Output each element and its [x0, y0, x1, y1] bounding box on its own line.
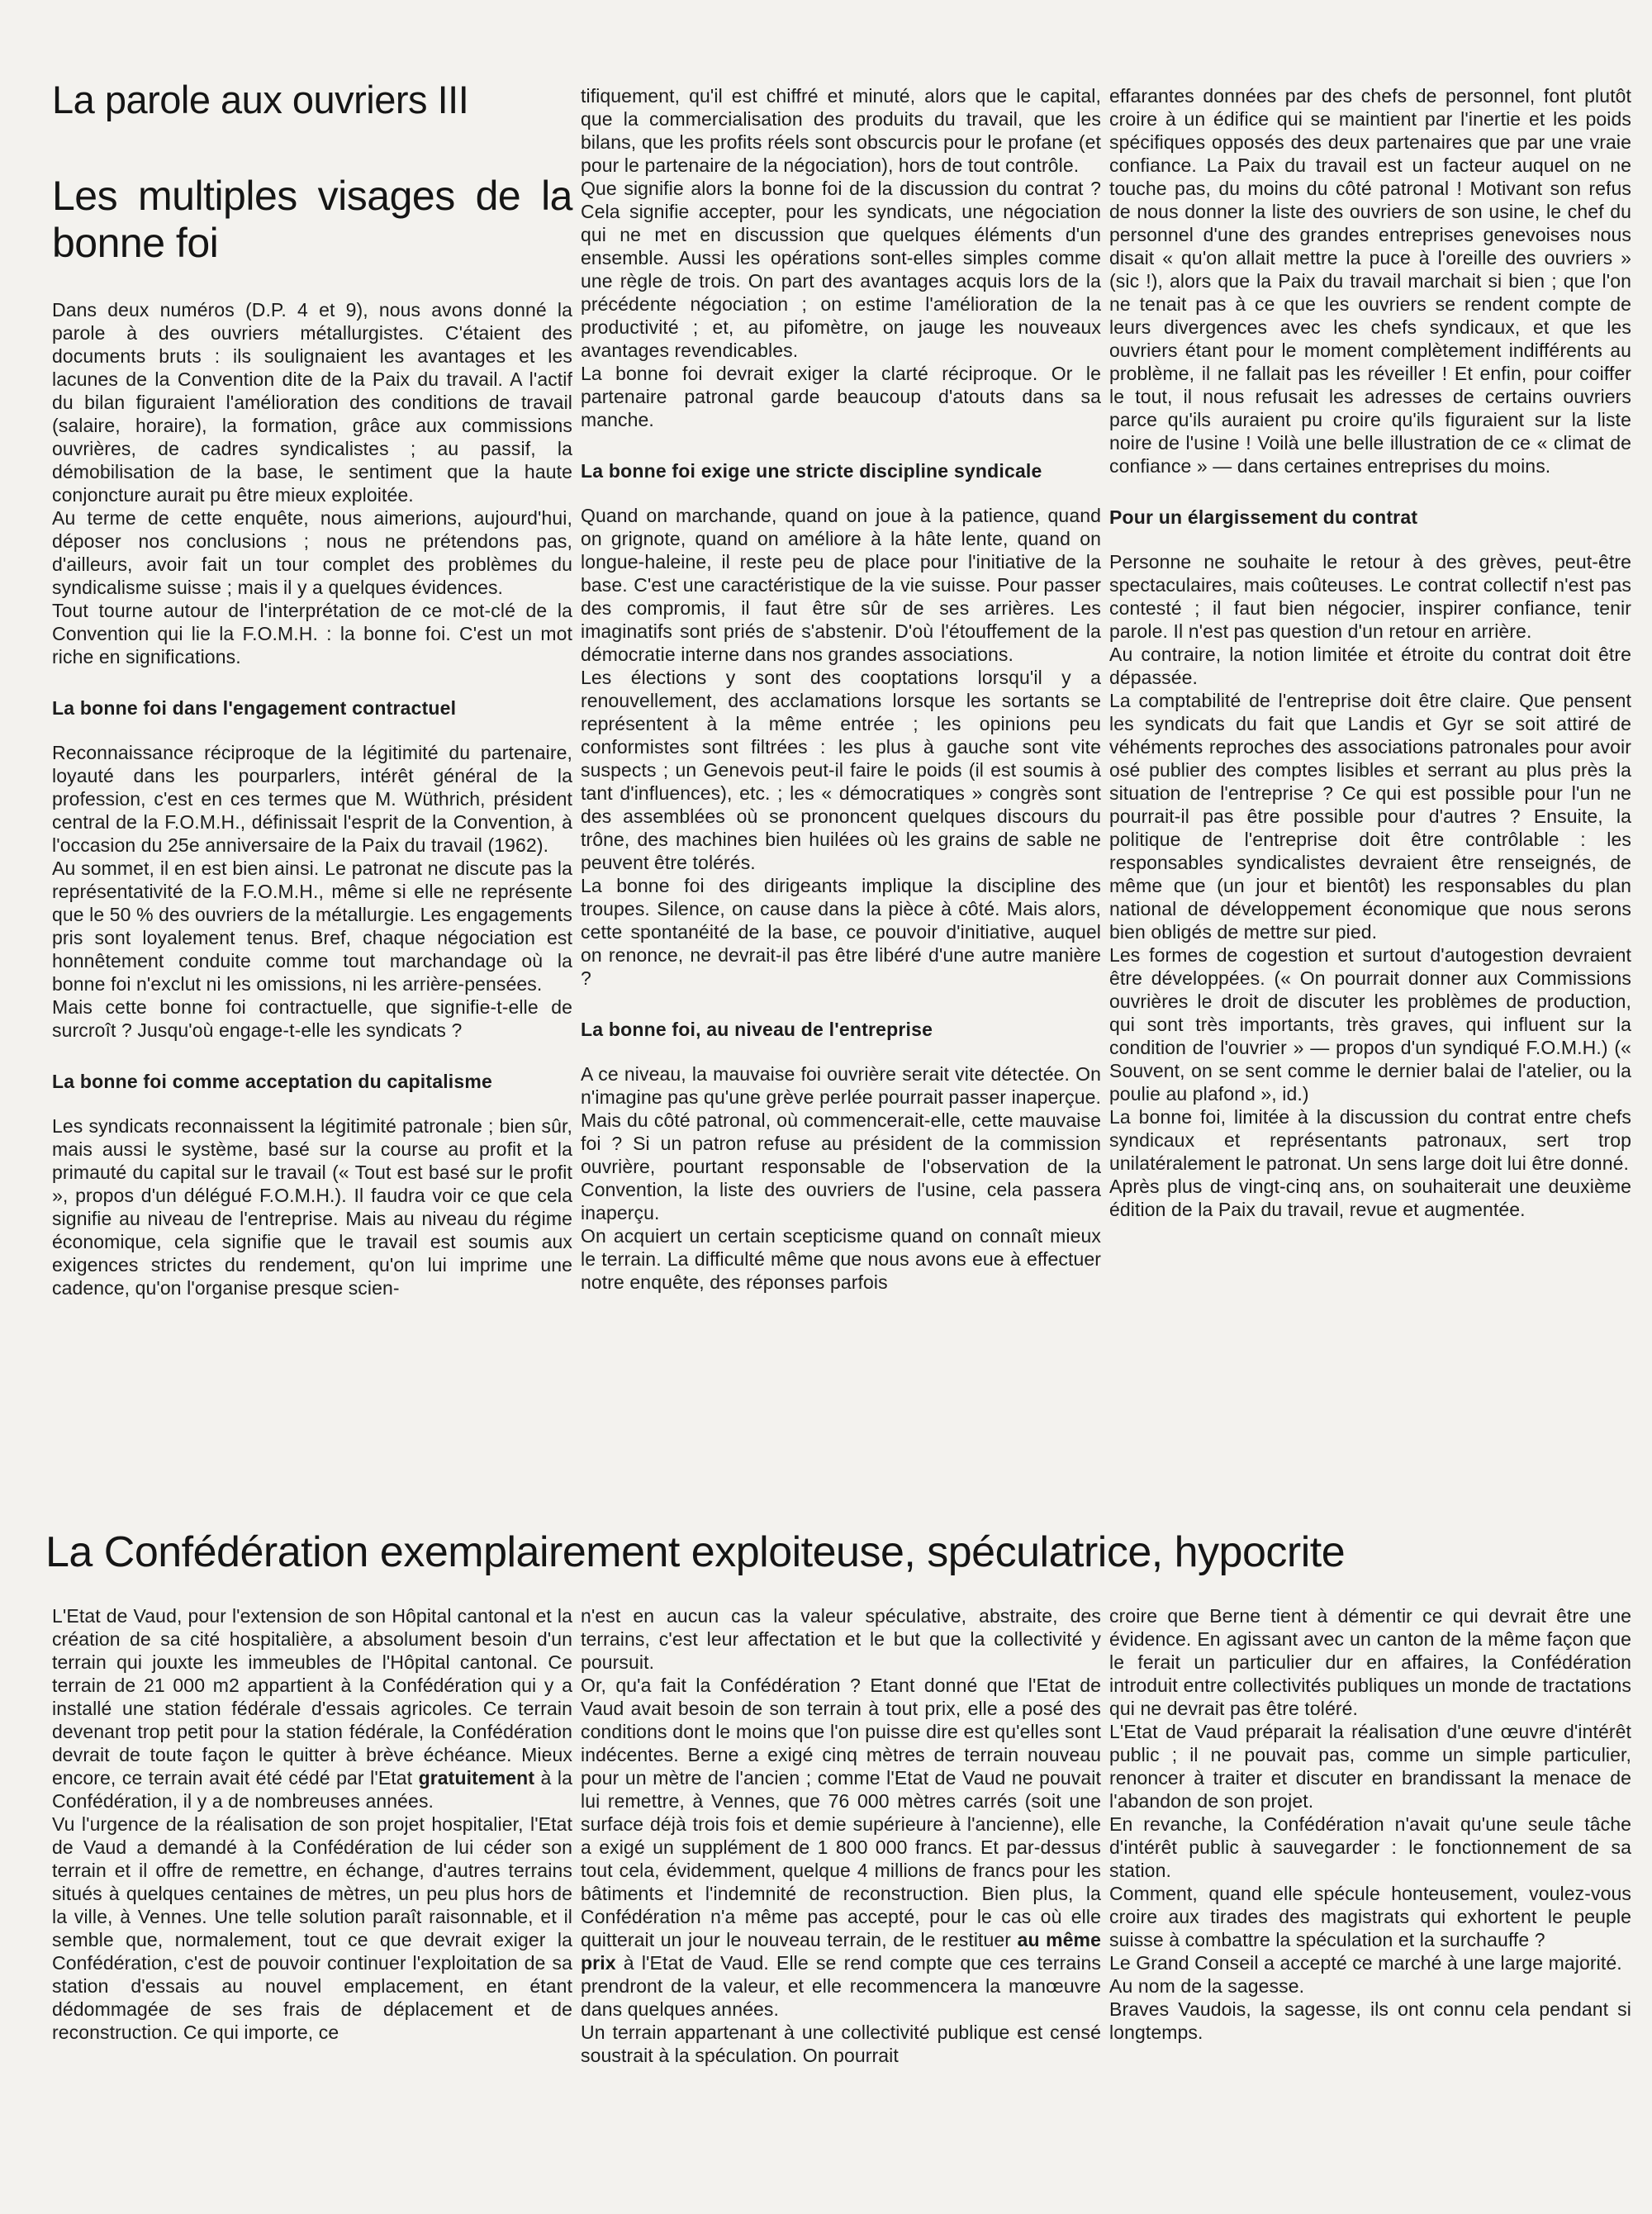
article1-column-1-body: Dans deux numéros (D.P. 4 et 9), nous av…: [52, 298, 572, 1299]
article2-column-3: croire que Berne tient à démentir ce qui…: [1109, 1604, 1631, 2044]
body-paragraph: Vu l'urgence de la réalisation de son pr…: [52, 1813, 572, 2044]
body-paragraph: Au sommet, il en est bien ainsi. Le patr…: [52, 857, 572, 995]
body-paragraph: n'est en aucun cas la valeur spéculative…: [581, 1604, 1101, 1674]
article1-column-3: effarantes données par des chefs de pers…: [1109, 84, 1631, 1221]
body-paragraph: Les formes de cogestion et surtout d'aut…: [1109, 943, 1631, 1105]
article2-column-2: n'est en aucun cas la valeur spéculative…: [581, 1604, 1101, 2067]
body-paragraph: La bonne foi devrait exiger la clarté ré…: [581, 362, 1101, 431]
article1-column-2: tifiquement, qu'il est chiffré et minuté…: [581, 84, 1101, 1294]
section-heading: La bonne foi dans l'engagement contractu…: [52, 696, 572, 720]
body-paragraph: L'Etat de Vaud, pour l'extension de son …: [52, 1604, 572, 1813]
body-paragraph: Au terme de cette enquête, nous aimerion…: [52, 506, 572, 599]
body-paragraph: effarantes données par des chefs de pers…: [1109, 84, 1631, 477]
article2-title: La Confédération exemplairement exploite…: [45, 1528, 1623, 1576]
body-paragraph: En revanche, la Confédération n'avait qu…: [1109, 1813, 1631, 1882]
body-paragraph: Un terrain appartenant à une collectivit…: [581, 2021, 1101, 2067]
section-heading: La bonne foi comme acceptation du capita…: [52, 1070, 572, 1093]
body-paragraph: Les syndicats reconnaissent la légitimit…: [52, 1114, 572, 1299]
body-paragraph: Dans deux numéros (D.P. 4 et 9), nous av…: [52, 298, 572, 506]
body-paragraph: Que signifie alors la bonne foi de la di…: [581, 177, 1101, 362]
body-paragraph: Personne ne souhaite le retour à des grè…: [1109, 550, 1631, 643]
body-paragraph: Après plus de vingt-cinq ans, on souhait…: [1109, 1175, 1631, 1221]
body-paragraph: croire que Berne tient à démentir ce qui…: [1109, 1604, 1631, 1720]
body-paragraph: La bonne foi, limitée à la discussion du…: [1109, 1105, 1631, 1175]
body-paragraph: A ce niveau, la mauvaise foi ouvrière se…: [581, 1062, 1101, 1224]
body-paragraph: Tout tourne autour de l'interprétation d…: [52, 599, 572, 668]
section-heading: La bonne foi exige une stricte disciplin…: [581, 459, 1101, 482]
body-paragraph: Au nom de la sagesse.: [1109, 1974, 1631, 1998]
body-paragraph: Reconnaissance réciproque de la légitimi…: [52, 741, 572, 857]
section-heading: Pour un élargissement du contrat: [1109, 506, 1631, 529]
body-paragraph: Mais cette bonne foi contractuelle, que …: [52, 995, 572, 1042]
body-paragraph: La bonne foi des dirigeants implique la …: [581, 874, 1101, 990]
body-paragraph: On acquiert un certain scepticisme quand…: [581, 1224, 1101, 1294]
body-paragraph: Quand on marchande, quand on joue à la p…: [581, 504, 1101, 666]
body-paragraph: tifiquement, qu'il est chiffré et minuté…: [581, 84, 1101, 177]
body-paragraph: Les élections y sont des cooptations lor…: [581, 666, 1101, 874]
body-paragraph: Au contraire, la notion limitée et étroi…: [1109, 643, 1631, 689]
body-paragraph: Comment, quand elle spécule honteusement…: [1109, 1882, 1631, 1951]
body-paragraph: L'Etat de Vaud préparait la réalisation …: [1109, 1720, 1631, 1813]
article1-kicker: La parole aux ouvriers III: [52, 78, 572, 121]
article1-column-1: La parole aux ouvriers III Les multiples…: [52, 78, 572, 1299]
body-paragraph: Or, qu'a fait la Confédération ? Etant d…: [581, 1674, 1101, 2021]
body-paragraph: Braves Vaudois, la sagesse, ils ont conn…: [1109, 1998, 1631, 2044]
article1-title: Les multiples visages de la bonne foi: [52, 173, 572, 267]
body-paragraph: Le Grand Conseil a accepté ce marché à u…: [1109, 1951, 1631, 1974]
newspaper-page: { "page": { "background": "#f3f2ee", "te…: [0, 0, 1652, 2214]
body-paragraph: La comptabilité de l'entreprise doit êtr…: [1109, 689, 1631, 943]
article2-column-1: L'Etat de Vaud, pour l'extension de son …: [52, 1604, 572, 2044]
section-heading: La bonne foi, au niveau de l'entreprise: [581, 1018, 1101, 1041]
